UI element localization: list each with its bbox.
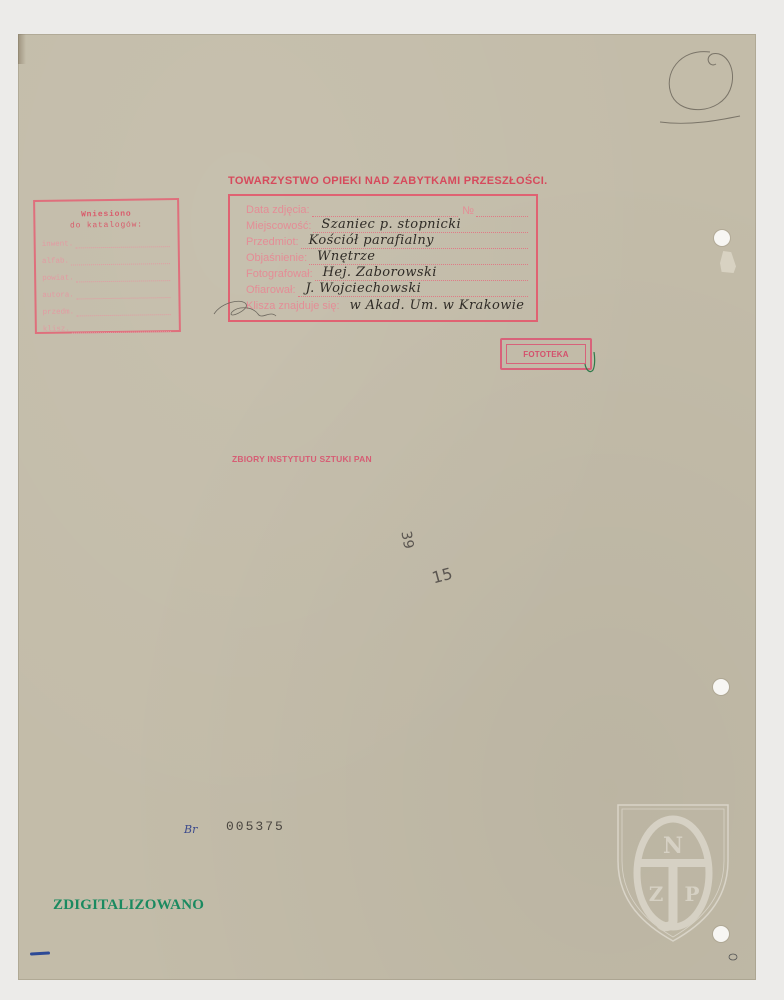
field-value: J. Wojciechowski [306, 281, 422, 296]
catalog-field-line [75, 237, 170, 248]
field-value: Hej. Zaborowski [323, 265, 437, 280]
catalog-field-label: przedm. [43, 308, 75, 316]
paper-edge-shadow [18, 34, 26, 64]
field-subject: Przedmiot: Kościół parafialny [246, 233, 528, 249]
ntzp-shield-logo: N Z P [612, 801, 734, 943]
inventory-prefix: Br [184, 823, 197, 836]
field-value-line: Wnętrze [309, 252, 528, 265]
number-label: № [462, 205, 474, 217]
field-value-line: Hej. Zaborowski [315, 268, 528, 281]
field-label: Fotografował: [246, 268, 313, 281]
field-value-line [312, 204, 459, 217]
catalog-field-label: autora. [42, 291, 74, 299]
catalog-field: autora. [42, 283, 170, 300]
punch-hole-middle [713, 679, 729, 695]
field-value-line: w Akad. Um. w Krakowie [342, 301, 616, 313]
fototeka-stamp: FOTOTEKA [500, 338, 592, 370]
field-photo-date: Data zdjęcia: № [246, 201, 528, 217]
punch-hole-top [714, 230, 730, 246]
collection-stamp: ZBIORY INSTYTUTU SZTUKI PAN [232, 454, 372, 464]
number-line [476, 204, 528, 217]
catalog-field-line [71, 254, 170, 265]
pencil-circle-mark [660, 44, 742, 130]
pencil-scribble [212, 292, 292, 332]
catalog-stamp-title: Wniesiono do katalogów: [35, 208, 177, 232]
green-check-mark [584, 352, 596, 374]
digitized-stamp: ZDIGITALIZOWANO [53, 897, 204, 914]
field-label: Miejscowość: [246, 220, 311, 233]
svg-text:Z: Z [649, 882, 664, 906]
catalog-subtitle: do katalogów: [35, 219, 177, 232]
catalog-field: przedm. [42, 300, 170, 317]
field-photographer: Fotografował: Hej. Zaborowski [246, 265, 528, 281]
catalog-field: inwent. [42, 232, 170, 249]
catalog-field-line [72, 322, 171, 333]
catalog-field: alfab. [42, 249, 170, 266]
catalog-field-label: alfab. [42, 258, 69, 266]
catalog-field-label: klisz. [43, 326, 70, 334]
field-description: Objaśnienie: Wnętrze [246, 249, 528, 265]
field-label: Objaśnienie: [246, 252, 307, 265]
society-stamp-title: TOWARZYSTWO OPIEKI NAD ZABYTKAMI PRZESZŁ… [228, 175, 588, 187]
catalog-field-line [76, 288, 171, 299]
catalog-field-line [76, 305, 171, 316]
field-value-line: Kościół parafialny [301, 236, 528, 249]
logo-letter-n: N [663, 833, 683, 859]
field-label: Przedmiot: [246, 236, 299, 249]
catalog-field-label: inwent. [42, 240, 74, 248]
field-label: Data zdjęcia: [246, 204, 310, 217]
field-value: Wnętrze [317, 249, 375, 264]
inventory-number: 005375 [226, 819, 285, 834]
field-negative-location: Klisza znajduje się: w Akad. Um. w Krako… [246, 297, 616, 313]
catalog-field: klisz. [43, 317, 171, 334]
catalog-field-label: powiat. [42, 274, 74, 282]
field-value: Szaniec p. stopnicki [321, 217, 461, 232]
field-location: Miejscowość: Szaniec p. stopnicki [246, 217, 528, 233]
pencil-mark-small [728, 953, 738, 961]
svg-text:P: P [684, 882, 699, 906]
pencil-note-39: 39 [397, 530, 416, 550]
catalog-field: powiat. [42, 266, 170, 283]
field-value: Kościół parafialny [309, 233, 434, 248]
catalog-field-line [76, 271, 171, 282]
catalog-entry-stamp: Wniesiono do katalogów: inwent. alfab. p… [33, 198, 181, 334]
field-value: w Akad. Um. w Krakowie [350, 298, 525, 313]
fototeka-label: FOTOTEKA [506, 344, 586, 364]
field-value-line: J. Wojciechowski [298, 284, 528, 297]
field-value-line: Szaniec p. stopnicki [313, 220, 528, 233]
